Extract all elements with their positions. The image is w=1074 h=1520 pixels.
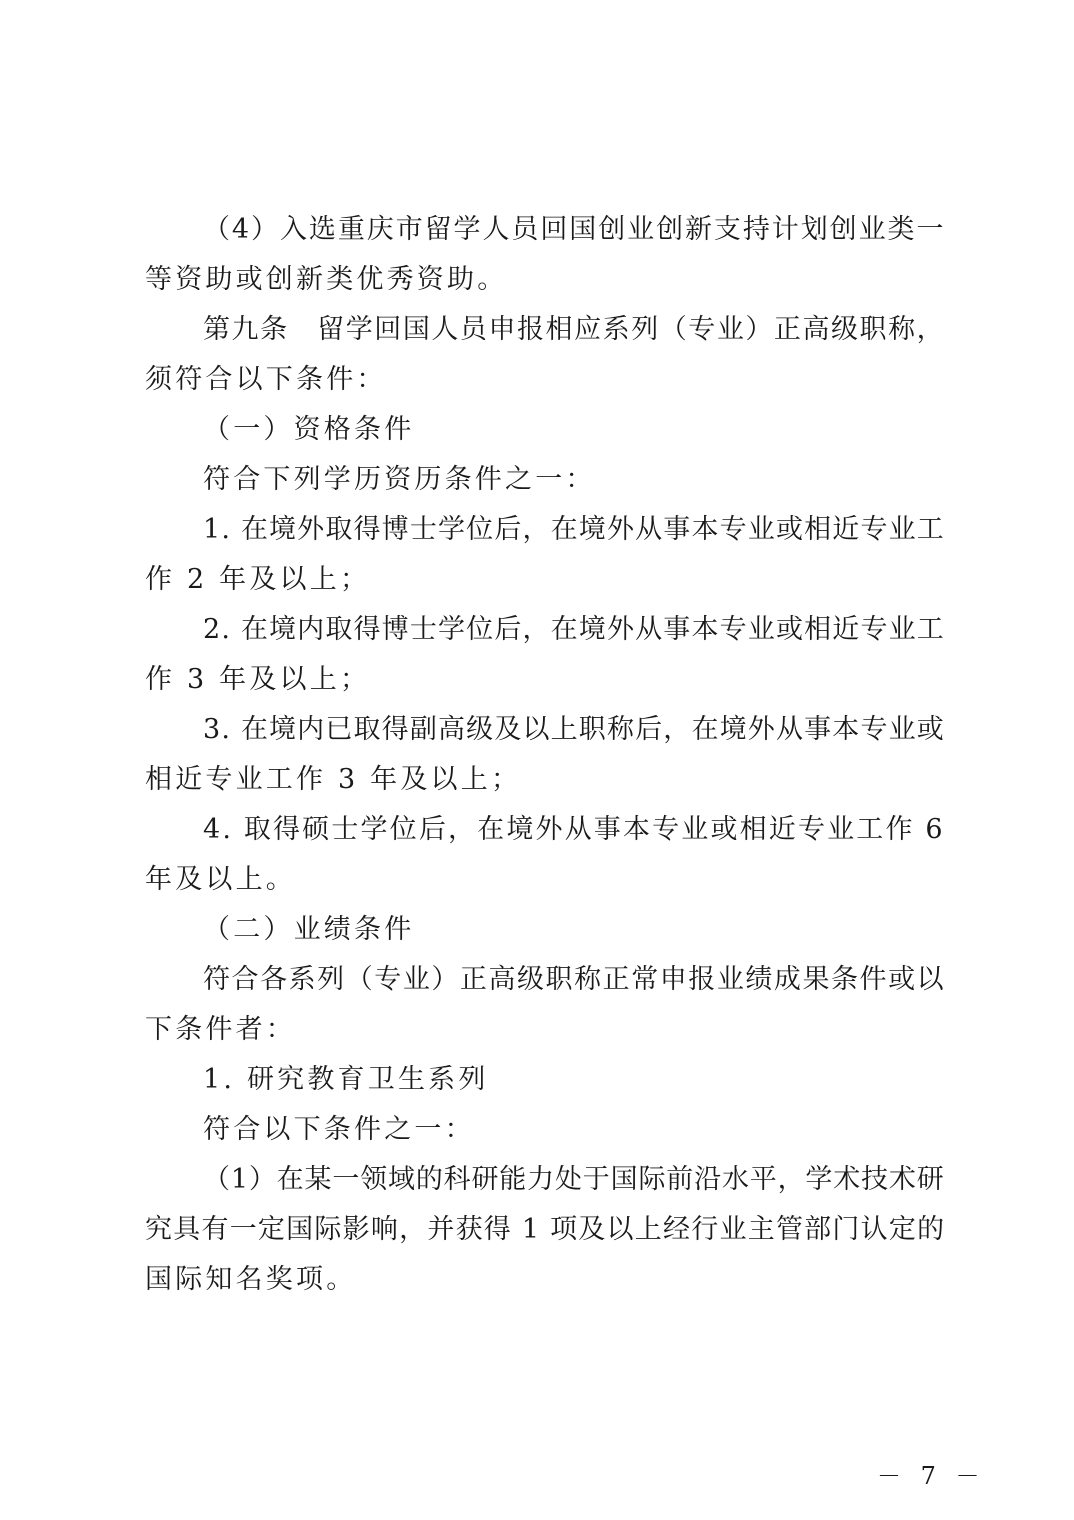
text-line: 须符合以下条件：	[145, 357, 387, 396]
text-line: 1. 在境外取得博士学位后，在境外从事本专业或相近专业工	[203, 507, 945, 546]
text-line: 作 2 年及以上；	[145, 557, 370, 596]
text-line: （1）在某一领域的科研能力处于国际前沿水平，学术技术研	[203, 1157, 945, 1196]
text-line: 等资助或创新类优秀资助。	[145, 257, 507, 296]
text-line: 究具有一定国际影响，并获得 1 项及以上经行业主管部门认定的	[145, 1207, 945, 1246]
text-line: （4）入选重庆市留学人员回国创业创新支持计划创业类一	[203, 207, 945, 246]
text-line: 符合各系列（专业）正高级职称正常申报业绩成果条件或以	[203, 957, 945, 996]
text-line: 第九条 留学回国人员申报相应系列（专业）正高级职称，	[203, 307, 945, 346]
text-line: 相近专业工作 3 年及以上；	[145, 757, 521, 796]
document-page: （4）入选重庆市留学人员回国创业创新支持计划创业类一等资助或创新类优秀资助。第九…	[0, 0, 1074, 1520]
text-line: 下条件者：	[145, 1007, 296, 1046]
text-line: （一）资格条件	[203, 407, 414, 446]
text-line: 符合以下条件之一：	[203, 1107, 475, 1146]
text-line: 3. 在境内已取得副高级及以上职称后，在境外从事本专业或	[203, 707, 945, 746]
text-line: （二）业绩条件	[203, 907, 414, 946]
text-line: 2. 在境内取得博士学位后，在境外从事本专业或相近专业工	[203, 607, 945, 646]
text-line: 符合下列学历资历条件之一：	[203, 457, 596, 496]
text-line: 年及以上。	[145, 857, 296, 896]
text-line: 1. 研究教育卫生系列	[203, 1057, 489, 1096]
text-line: 作 3 年及以上；	[145, 657, 370, 696]
text-line: 4. 取得硕士学位后，在境外从事本专业或相近专业工作 6	[203, 807, 945, 846]
text-line: 国际知名奖项。	[145, 1257, 356, 1296]
page-number: － 7 －	[877, 1456, 986, 1491]
